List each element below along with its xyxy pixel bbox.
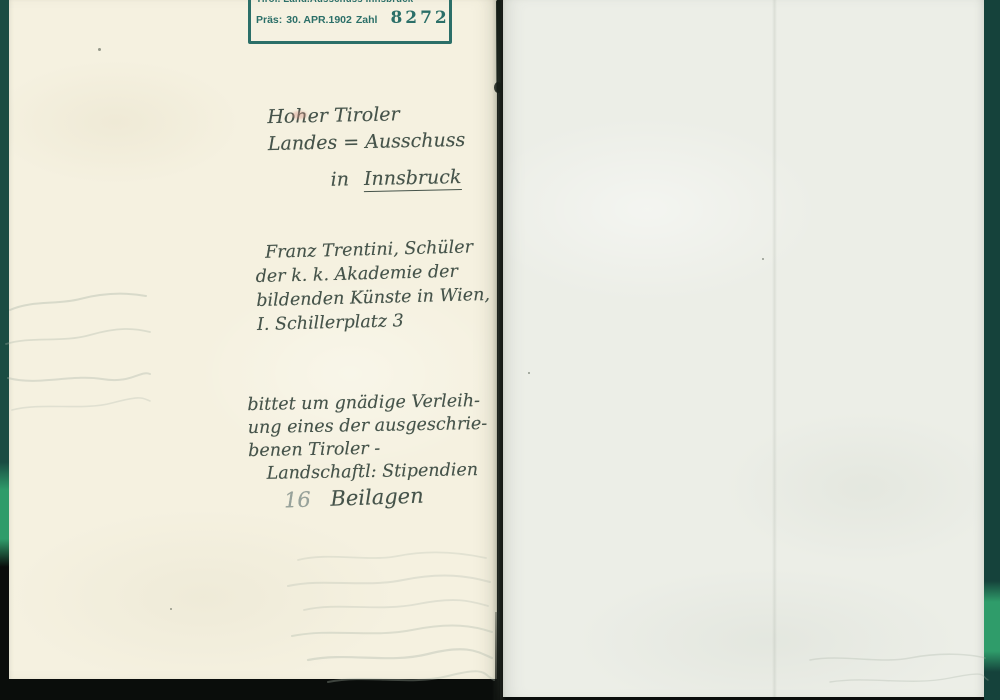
request-block: bittet um gnädige Verleih- ung eines der…	[247, 390, 488, 486]
paper-speck	[170, 608, 172, 610]
stamp-number: 8272	[390, 8, 449, 28]
bleedthrough-ink-right-page	[800, 640, 990, 695]
request-line-4: Landschaftl: Stipendien	[248, 459, 488, 486]
address-city-underlined: Innsbruck	[364, 166, 462, 192]
page-fold-ink-blob	[494, 82, 502, 93]
stamp-registration-line: Präs: 30. APR.1902 Zahl 8272	[256, 8, 444, 28]
bleedthrough-ink-left	[2, 282, 154, 424]
request-line-2: ung eines der ausgeschrie-	[248, 413, 488, 440]
page-fold-top-shadow	[496, 0, 501, 92]
enclosures-note: 16 Beilagen	[284, 484, 424, 513]
sender-block: Franz Trentini, Schüler der k. k. Akadem…	[255, 235, 491, 337]
address-line-3: in Innsbruck	[268, 164, 466, 195]
enclosures-label: Beilagen	[330, 484, 424, 511]
stamp-praes-label: Präs:	[256, 14, 282, 26]
address-in-word: in	[330, 168, 349, 190]
paper-crease	[772, 0, 777, 697]
backdrop-edge-right	[984, 0, 1000, 700]
paper-speck	[762, 258, 764, 260]
stamp-zahl-label: Zahl	[356, 14, 378, 26]
paper-speck	[528, 372, 530, 374]
letter-page-right	[503, 0, 984, 697]
stamp-date: 30. APR.1902	[286, 14, 352, 26]
paper-stain	[292, 111, 307, 119]
enclosures-count: 16	[284, 488, 312, 513]
bleedthrough-ink-bottom	[268, 548, 496, 696]
stamp-office-line: Tirol. Land.Ausschuss Innsbruck	[256, 0, 436, 6]
address-line-2: Landes = Ausschuss	[268, 127, 466, 158]
paper-speck	[98, 48, 101, 51]
registry-stamp: Tirol. Land.Ausschuss Innsbruck Präs: 30…	[248, 0, 452, 44]
archival-document-photo: Tirol. Land.Ausschuss Innsbruck Präs: 30…	[0, 0, 1000, 700]
